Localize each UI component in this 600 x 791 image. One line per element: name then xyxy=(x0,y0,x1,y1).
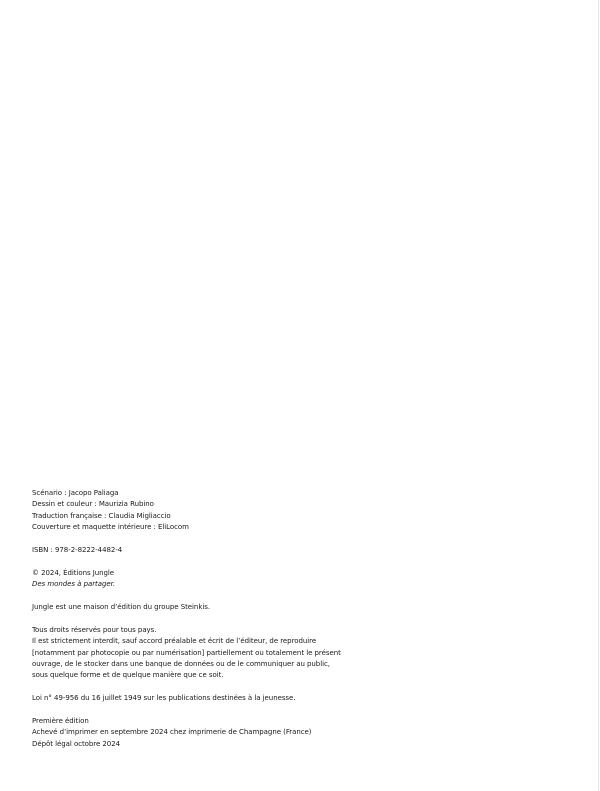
page-edge-divider xyxy=(598,0,599,791)
rights-line: ouvrage, de le stocker dans une banque d… xyxy=(32,659,332,670)
copyright-block: © 2024, Éditions Jungle Des mondes à par… xyxy=(32,568,332,591)
credit-scenario: Scénario : Jacopo Paliaga xyxy=(32,488,332,499)
isbn: ISBN : 978-2-8222-4482-4 xyxy=(32,545,332,556)
publisher-tagline: Des mondes à partager. xyxy=(32,579,332,590)
rights-line: [notamment par photocopie ou par numéris… xyxy=(32,648,332,659)
rights-line: Tous droits réservés pour tous pays. xyxy=(32,625,332,636)
law-notice: Loi n° 49-956 du 16 juillet 1949 sur les… xyxy=(32,693,332,704)
colophon: Scénario : Jacopo Paliaga Dessin et coul… xyxy=(32,488,332,750)
credit-cover: Couverture et maquette intérieure : EliL… xyxy=(32,522,332,533)
printing-block: Première édition Achevé d’imprimer en se… xyxy=(32,716,332,750)
printing-info: Achevé d’imprimer en septembre 2024 chez… xyxy=(32,727,332,738)
rights-line: sous quelque forme et de quelque manière… xyxy=(32,670,332,681)
publisher-note-block: Jungle est une maison d’édition du group… xyxy=(32,602,332,613)
rights-line: Il est strictement interdit, sauf accord… xyxy=(32,636,332,647)
credit-art: Dessin et couleur : Maurizia Rubino xyxy=(32,499,332,510)
credits-block: Scénario : Jacopo Paliaga Dessin et coul… xyxy=(32,488,332,534)
isbn-block: ISBN : 978-2-8222-4482-4 xyxy=(32,545,332,556)
law-block: Loi n° 49-956 du 16 juillet 1949 sur les… xyxy=(32,693,332,704)
publisher-note: Jungle est une maison d’édition du group… xyxy=(32,602,332,613)
legal-deposit: Dépôt légal octobre 2024 xyxy=(32,739,332,750)
copyright-line: © 2024, Éditions Jungle xyxy=(32,568,332,579)
edition: Première édition xyxy=(32,716,332,727)
credit-translation: Traduction française : Claudia Migliacci… xyxy=(32,511,332,522)
rights-block: Tous droits réservés pour tous pays. Il … xyxy=(32,625,332,682)
